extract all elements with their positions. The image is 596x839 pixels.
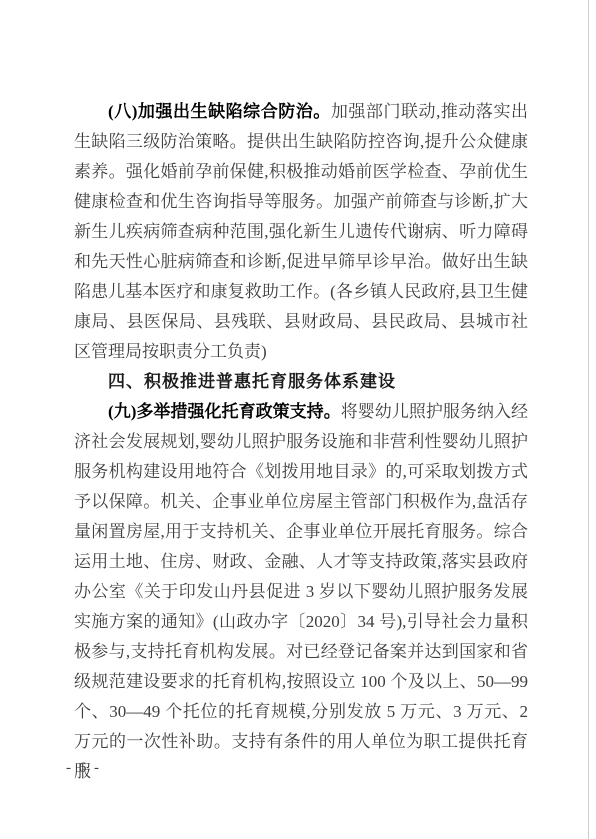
paragraph-9-text: 将婴幼儿照护服务纳入经济社会发展规划,婴幼儿照护服务设施和非营利性婴幼儿照护服务… [74, 402, 528, 781]
page-edge-line [588, 0, 589, 839]
paragraph-8: (八)加强出生缺陷综合防治。加强部门联动,推动落实出生缺陷三级防治策略。提供出生… [74, 97, 528, 367]
paragraph-9: (九)多举措强化托育政策支持。将婴幼儿照护服务纳入经济社会发展规划,婴幼儿照护服… [74, 397, 528, 787]
paragraph-8-text: 加强部门联动,推动落实出生缺陷三级防治策略。提供出生缺陷防控咨询,提升公众健康素… [74, 102, 528, 361]
paragraph-9-lead: (九)多举措强化托育政策支持。 [108, 402, 341, 421]
section-heading-4: 四、积极推进普惠托育服务体系建设 [74, 367, 528, 397]
document-body: (八)加强出生缺陷综合防治。加强部门联动,推动落实出生缺陷三级防治策略。提供出生… [74, 97, 528, 787]
paragraph-8-lead: (八)加强出生缺陷综合防治。 [108, 102, 331, 121]
page-number: - 6 - [66, 758, 101, 778]
document-page: (八)加强出生缺陷综合防治。加强部门联动,推动落实出生缺陷三级防治策略。提供出生… [0, 0, 596, 839]
